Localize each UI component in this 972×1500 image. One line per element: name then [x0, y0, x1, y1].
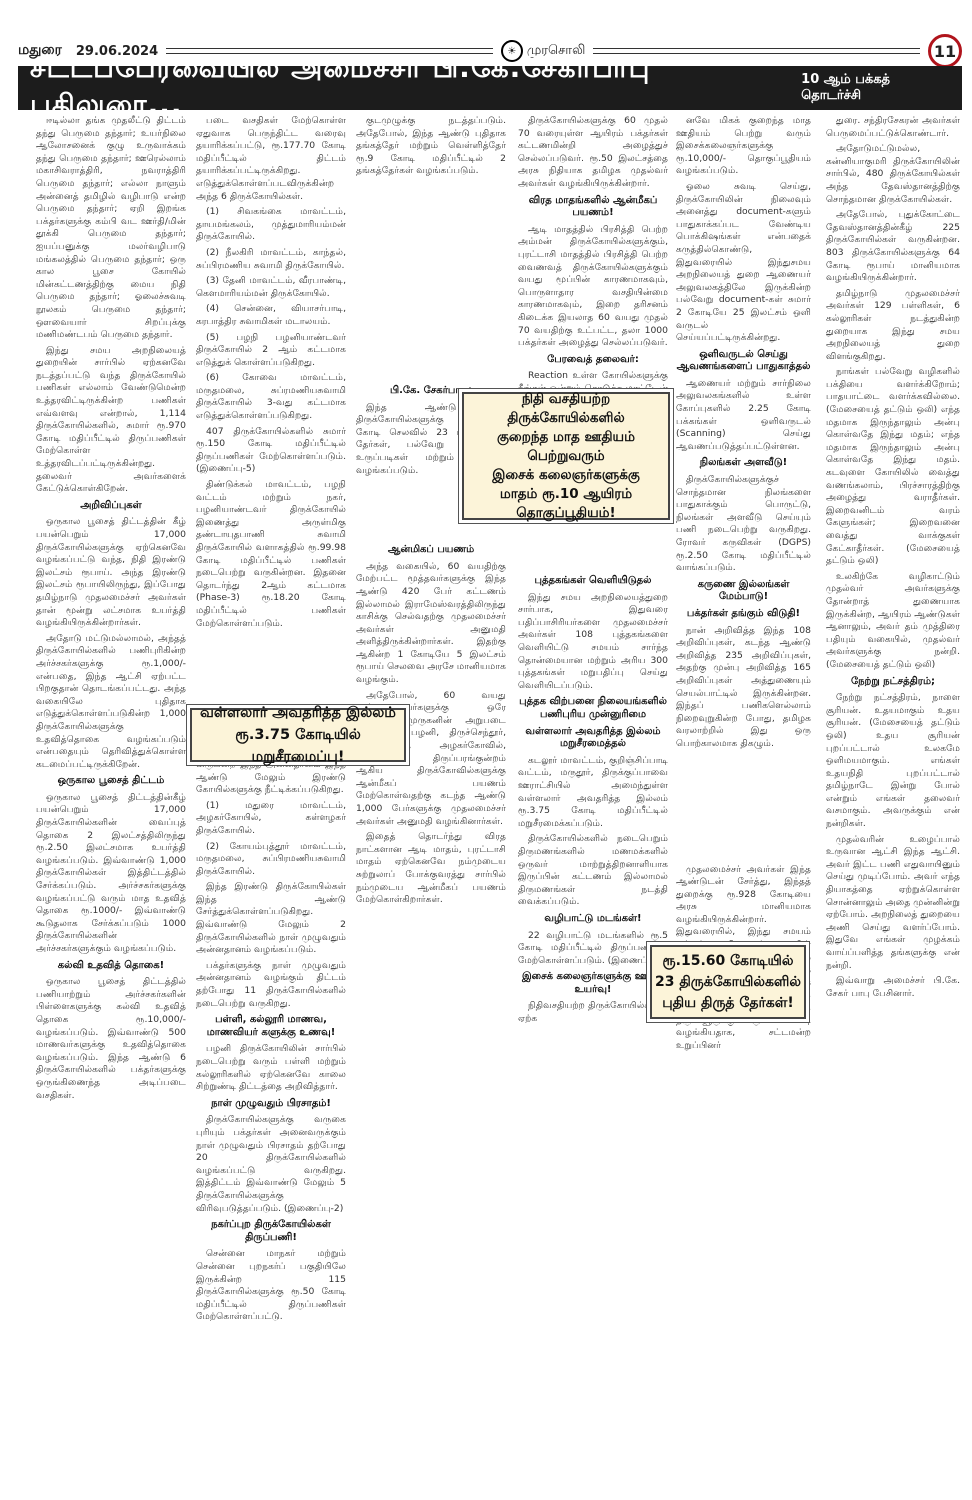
paragraph: இந்த இரண்டு திருக்கோயில்கள் இந்த ஆண்டு ச… [196, 881, 346, 957]
paragraph: திருக்கோயில்களுக்குச் சொந்தமான நிலங்களை … [676, 474, 811, 575]
subheading: வள்ளலார் அவதரித்த இல்லம் மறுசீரமைத்தல் [518, 726, 668, 751]
subheading: புத்தகங்கள் வெளியிடுதல் [518, 575, 668, 588]
paragraph: முதல்வரின் உழைப்பால் உருவான ஆட்சி இந்த ஆ… [826, 834, 960, 973]
paragraph: குடமுழுக்கு நடத்தப்படும். அதேபோல், இந்த … [356, 115, 506, 178]
paragraph: (4) சென்னை, வியாசர்பாடி, கரபாத்திர சுவாம… [196, 303, 346, 328]
paragraph: பக்தர்களுக்கு நாள் முழுவதும் அன்னதானம் வ… [196, 960, 346, 1010]
box-line: குறைந்த மாத ஊதியம் [464, 428, 668, 447]
page-number: 11 [928, 34, 962, 68]
paragraph: கடலூர் மாவட்டம், குறிஞ்சிப்பாடி வட்டம், … [518, 755, 668, 831]
paragraph: திண்டுக்கல் மாவட்டம், பழநி வட்டம் மற்றும… [196, 479, 346, 630]
column-3: குடமுழுக்கு நடத்தப்படும். அதேபோல், இந்த … [356, 115, 506, 1490]
paragraph: படை வசதிகள் மேற்கொள்ள ஏதுவாக பெருந்திட்ட… [196, 115, 346, 203]
paragraph: ஈடில்லா தங்க முதலீட்டு திட்டம் தந்து பெர… [36, 115, 186, 342]
box-line: ரூ.3.75 கோடியில் மறுசீரமைப்பு! [192, 724, 404, 768]
box-line: 23 திருக்கோயில்களில் [652, 972, 804, 993]
box-line: பெற்றுவரும் [464, 447, 668, 466]
paragraph: இதைத் தொடர்ந்து விரத நாட்களான ஆடி மாதம்,… [356, 831, 506, 907]
paragraph: (2) கோயம்புத்தூர் மாவட்டம், மருதமலை, சுப… [196, 841, 346, 879]
paragraph: ஆடி மாதத்தில் பிரசித்தி பெற்ற அம்மன் திர… [518, 224, 668, 350]
highlight-box-musicians: நிதி வசதியற்ற திருக்கோயில்களில் குறைந்த … [462, 392, 670, 520]
subheading: ஒருகால பூசைத் திட்டம் [36, 775, 186, 788]
paragraph: உலகிற்கே வழிகாட்டும் முதல்வர் அவர்களுக்க… [826, 571, 960, 672]
column-6: துரை. சந்திரசேகரன் அவர்கள் பெருமைப்பட்டு… [826, 115, 960, 1490]
subheading: ஒளிவருடல் செய்து ஆவணங்களைப் பாதுகாத்தல் [676, 349, 811, 374]
paragraph: அதோடுமட்டுமல்ல, கன்னியாகுமரி திருக்கோயில… [826, 143, 960, 206]
paragraph: ஓலை சுவடி செய்து, திருக்கோயிலின் நிலைவும… [676, 181, 811, 345]
box-line: வள்ளலார் அவதரித்த இல்லம் [192, 702, 404, 724]
highlight-box-vallalar: வள்ளலார் அவதரித்த இல்லம் ரூ.3.75 கோடியில… [190, 708, 406, 762]
subheading: நேற்று நட்சத்திரம்; [826, 676, 960, 689]
subheading: கருணை இல்லங்கள் மேம்பாடு! [676, 579, 811, 604]
subheading: ஆன்மிகப் பயணம் [356, 544, 506, 557]
subheading: நாள் முழுவதும் பிரசாதம்! [196, 1098, 346, 1111]
paragraph: பழனி திருக்கோயிலின் சார்பில் நடைபெற்று வ… [196, 1043, 346, 1093]
paragraph: துரை. சந்திரசேகரன் அவர்கள் பெருமைப்பட்டு… [826, 115, 960, 140]
paragraph: திருக்கோயில்களுக்கு 60 முதல் 70 வரையுள்ள… [518, 115, 668, 191]
paragraph: தமிழ்நாடு முதலமைச்சர் அவர்கள் 129 பள்ளிக… [826, 288, 960, 364]
box-line: இசைக் கலைஞர்களுக்கு [464, 466, 668, 485]
subheading: இசைக் கலைஞர்களுக்கு ஊதிய உயர்வு! [518, 971, 668, 996]
highlight-box-chariots: ரூ.15.60 கோடியில் 23 திருக்கோயில்களில் ப… [650, 945, 806, 1019]
column-1: ஈடில்லா தங்க முதலீட்டு திட்டம் தந்து பெர… [36, 115, 186, 1490]
paragraph: இவ்வாறு அமைச்சர் பி.கே. சேகர் பாபு பேசின… [826, 975, 960, 1000]
paragraph: ஒருகால பூசைத் திட்டத்தின் கீழ் பயன்பெறும… [36, 516, 186, 629]
continuation-note: 10 ஆம் பக்கத் தொடர்ச்சி [801, 72, 950, 104]
paragraph: (1) சிவகங்கை மாவட்டம், தாயமங்கலம், முத்த… [196, 206, 346, 244]
subheading: பள்ளி, கல்லூரி மாணவ, மாணவியர் களுக்கு உண… [196, 1014, 346, 1039]
paragraph: நிதிவசதியற்ற திருக்கோயில்களில் ஏற்க [518, 1000, 668, 1025]
box-line: மாதம் ரூ.10 ஆயிரம் [464, 485, 668, 504]
column-4: திருக்கோயில்களுக்கு 60 முதல் 70 வரையுள்ள… [518, 115, 668, 1490]
article-body: ஈடில்லா தங்க முதலீட்டு திட்டம் தந்து பெர… [36, 115, 960, 1490]
subheading: நகர்ப்புற திருக்கோயில்கள் திருப்பணி! [196, 1219, 346, 1244]
paragraph: இந்து சமய அறநிலையத் துறையின் சார்பில் ஏற… [36, 345, 186, 496]
paragraph: (2) நீலகிரி மாவட்டம், காந்தல், சுப்பிரமண… [196, 247, 346, 272]
paragraph: திருக்கோயில்களுக்கு வருகை புரியும் பக்தர… [196, 1114, 346, 1215]
paragraph: 407 திருக்கோயில்களில் சுமார் ரூ.150 கோடி… [196, 426, 346, 476]
paragraph: னவே மிகக் குறைந்த மாத ஊதியம் பெற்று வரும… [676, 115, 811, 178]
paragraph: ஒருகால பூசைத் திட்டத்தின்கீழ் பயன்பெறும்… [36, 792, 186, 956]
paragraph: இந்து சமய அறநிலையத்துறை சார்பாக, இதுவரை … [518, 592, 668, 693]
paragraph: அதேபோல், புதுக்கோட்டை தேவஸ்தானத்தின்கீழ்… [826, 209, 960, 285]
column-5: னவே மிகக் குறைந்த மாத ஊதியம் பெற்று வரும… [676, 115, 811, 1490]
subheading: விரத மாதங்களில் ஆன்மீகப் பயணம்! [518, 195, 668, 220]
subheading: கல்வி உதவித் தொகை! [36, 960, 186, 973]
paragraph: நேற்று நட்சத்திரம், நாளை சூரியன். உதயமாக… [826, 692, 960, 831]
paragraph: அதோடு மட்டுமல்லாமல், அந்தத் திருக்கோயில்… [36, 633, 186, 772]
box-line: புதிய திருத் தேர்கள்! [652, 993, 804, 1014]
paragraph: அந்த வகையில், 60 வயதிற்கு மேற்பட்ட மூத்த… [356, 561, 506, 687]
paragraph: நாங்கள் பல்வேறு வழிகளில் பக்தியை வளர்க்க… [826, 366, 960, 568]
paragraph: 22 வழிபாட்டு மடங்களில் ரூ.5 கோடி மதிப்பீ… [518, 930, 668, 968]
subheading: பக்தர்கள் தங்கும் விடுதி! [676, 608, 811, 621]
paragraph: (1) மதுரை மாவட்டம், அழகர்கோயில், கள்ளழகர… [196, 800, 346, 838]
subheading: வழிபாட்டு மடங்கள்! [518, 913, 668, 926]
paragraph: (6) கோவை மாவட்டம், மருதமலை, சுப்ரமணியசுவ… [196, 372, 346, 422]
column-2: படை வசதிகள் மேற்கொள்ள ஏதுவாக பெருந்திட்ட… [196, 115, 346, 1490]
box-line: ரூ.15.60 கோடியில் [652, 951, 804, 972]
paragraph: ஒருகால பூசைத் திட்டத்தில் பணியாற்றும் அர… [36, 976, 186, 1102]
box-line: நிதி வசதியற்ற திருக்கோயில்களில் [464, 390, 668, 428]
paragraph: திருக்கோயில்களில் நடைபெறும் திருமணங்களில… [518, 833, 668, 909]
paragraph: நான் அறிவித்த இந்த 108 அறிவிப்புகள், கடந… [676, 625, 811, 751]
paragraph: (3) தேனி மாவட்டம், வீரபாண்டி, கௌமாரியம்ம… [196, 275, 346, 300]
box-line: தொகுப்பூதியம்! [464, 504, 668, 523]
subheading: புத்தக விற்பனை நிலையங்களில் பணிபுரிய முன… [518, 696, 668, 721]
subheading: பேரவைத் தலைவர்: [518, 354, 668, 367]
paragraph: (5) பழநி பழனியாண்டவர் திருக்கோயில் 2 ஆம்… [196, 332, 346, 370]
paragraph: சென்னை மாநகர் மற்றும் சென்னை புறநகர்ப் ப… [196, 1248, 346, 1324]
headline: சட்டப்பேரவையில் அமைச்சர் பி.கே.சேகர்பாபு… [30, 51, 791, 125]
paragraph: ஆணையர் மற்றும் சார்நிலை அலுவலகங்களில் உள… [676, 378, 811, 454]
subheading: அறிவிப்புகள் [36, 500, 186, 513]
headline-banner: சட்டப்பேரவையில் அமைச்சர் பி.கே.சேகர்பாபு… [18, 66, 962, 110]
subheading: நிலங்கள் அளவீடு! [676, 457, 811, 470]
